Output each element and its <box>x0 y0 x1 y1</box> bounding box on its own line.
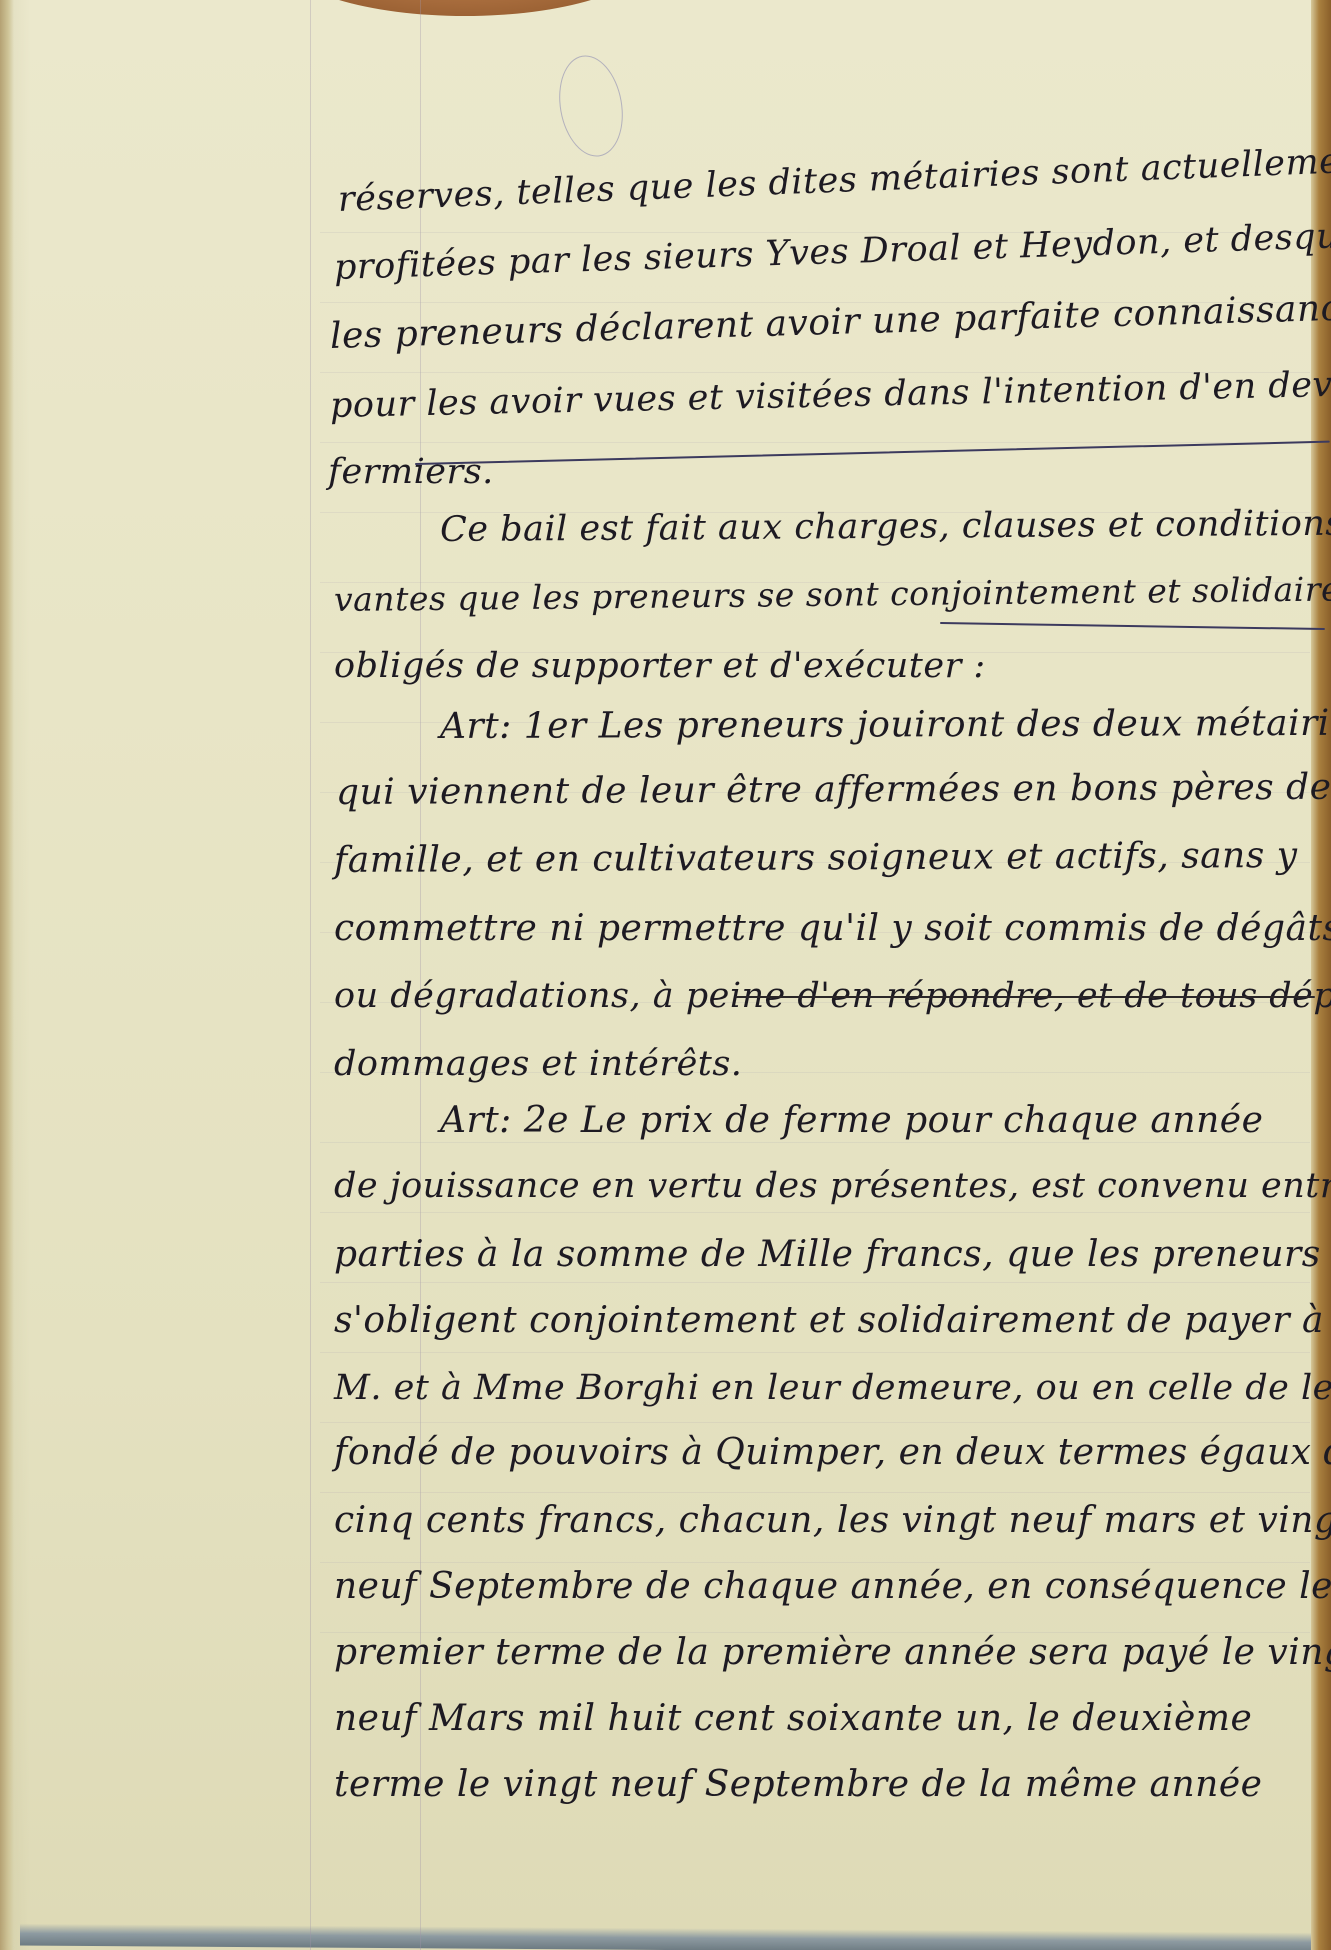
margin-line-left <box>310 0 311 1950</box>
manuscript-line: s'obligent conjointement et solidairemen… <box>334 1300 1324 1341</box>
manuscript-line: commettre ni permettre qu'il y soit comm… <box>334 908 1331 949</box>
manuscript-line: cinq cents francs, chacun, les vingt neu… <box>334 1500 1331 1541</box>
ruled-line <box>320 1492 1310 1493</box>
manuscript-line: réserves, telles que les dites métairies… <box>337 140 1331 220</box>
manuscript-line: neuf Mars mil huit cent soixante un, le … <box>334 1698 1252 1739</box>
manuscript-line: Art: 1er Les preneurs jouiront des deux … <box>440 703 1331 747</box>
stray-pen-loop <box>552 50 631 161</box>
ruled-line <box>320 1212 1310 1213</box>
manuscript-line: Ce bail est fait aux charges, clauses et… <box>440 503 1331 550</box>
manuscript-line: terme le vingt neuf Septembre de la même… <box>334 1764 1262 1805</box>
binding-tab <box>285 0 645 16</box>
manuscript-line: neuf Septembre de chaque année, en consé… <box>334 1566 1331 1607</box>
line-filler-rule <box>735 996 1315 998</box>
manuscript-line: de jouissance en vertu des présentes, es… <box>334 1166 1331 1206</box>
ruled-line <box>320 1282 1310 1283</box>
manuscript-line: M. et à Mme Borghi en leur demeure, ou e… <box>334 1368 1331 1408</box>
ruled-line <box>320 1422 1310 1423</box>
ruled-line <box>320 1352 1310 1353</box>
manuscript-line: Art: 2e Le prix de ferme pour chaque ann… <box>440 1100 1263 1141</box>
manuscript-line: obligés de supporter et d'exécuter : <box>334 646 986 686</box>
manuscript-line: famille, et en cultivateurs soigneux et … <box>334 835 1298 881</box>
line-filler-rule <box>940 622 1325 630</box>
manuscript-page: réserves, telles que les dites métairies… <box>0 0 1331 1950</box>
manuscript-line: vantes que les preneurs se sont conjoint… <box>334 569 1331 619</box>
line-filler-rule <box>415 441 1330 465</box>
manuscript-line: premier terme de la première année sera … <box>334 1632 1331 1673</box>
manuscript-line: dommages et intérêts. <box>334 1044 742 1084</box>
ruled-line <box>320 1562 1310 1563</box>
ruled-line <box>320 442 1310 443</box>
manuscript-line: fondé de pouvoirs à Quimper, en deux ter… <box>334 1432 1331 1473</box>
page-bottom-edge <box>20 1923 1311 1950</box>
manuscript-line: fermiers. <box>328 452 494 492</box>
page-left-edge <box>0 0 14 1950</box>
manuscript-line: parties à la somme de Mille francs, que … <box>334 1234 1321 1275</box>
ruled-line <box>320 1142 1310 1143</box>
manuscript-line: profitées par les sieurs Yves Droal et H… <box>333 214 1331 288</box>
manuscript-line: qui viennent de leur être affermées en b… <box>336 767 1331 813</box>
manuscript-line: les preneurs déclarent avoir une parfait… <box>329 287 1331 357</box>
